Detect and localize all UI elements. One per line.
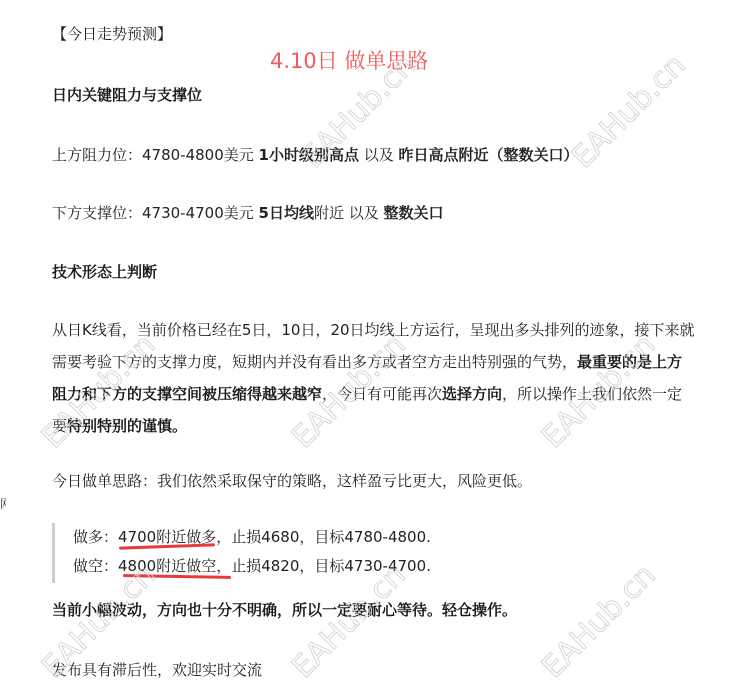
technical-bold-2: 选择方向 bbox=[442, 385, 502, 403]
watermark: EAHub.cn bbox=[535, 558, 662, 685]
support-bold-1: 5日均线 bbox=[259, 204, 314, 222]
long-rest: ，止损4680，目标4780-4800. bbox=[216, 528, 431, 546]
technical-paragraph: 从日K线看，当前价格已经在5日，10日，20日均线上方运行，呈现出多头排列的迹象… bbox=[52, 314, 697, 442]
overlay-title: 4.10日 做单思路 bbox=[270, 47, 428, 75]
strategy-note: 当前小幅波动，方向也十分不明确，所以一定要耐心等待。轻仓操作。 bbox=[52, 600, 517, 620]
support-bold-2: 整数关口 bbox=[384, 204, 444, 222]
support-line: 下方支撑位：4730-4700美元 5日均线附近 以及 整数关口 bbox=[52, 203, 444, 223]
section-label: 【今日走势预测】 bbox=[52, 24, 172, 44]
support-prefix: 下方支撑位：4730-4700美元 bbox=[52, 204, 259, 222]
short-rest: ，止损4820，目标4730-4700. bbox=[216, 557, 431, 575]
article: 【今日走势预测】 4.10日 做单思路 日内关键阻力与支撑位 上方阻力位：478… bbox=[0, 0, 742, 685]
resistance-bold-1: 1小时级别高点 bbox=[259, 146, 359, 164]
technical-heading: 技术形态上判断 bbox=[52, 262, 157, 282]
strategy-intro: 今日做单思路：我们依然采取保守的策略，这样盈亏比更大，风险更低。 bbox=[52, 471, 532, 491]
footer-note: 发布具有滞后性，欢迎实时交流 bbox=[52, 660, 262, 680]
resistance-prefix: 上方阻力位：4780-4800美元 bbox=[52, 146, 259, 164]
strategy-quote: 做多：4700附近做多，止损4680，目标4780-4800. 做空：4800附… bbox=[52, 523, 472, 583]
resistance-bold-2: 昨日高点附近（整数关口） bbox=[399, 146, 579, 164]
long-label: 做多： bbox=[73, 528, 118, 546]
short-highlight: 4800附近做空 bbox=[118, 557, 216, 575]
short-label: 做空： bbox=[73, 557, 118, 575]
short-trade-line: 做空：4800附近做空，止损4820，目标4730-4700. bbox=[73, 552, 472, 581]
technical-bold-3: 特别特别的谨慎。 bbox=[67, 417, 187, 435]
long-trade-line: 做多：4700附近做多，止损4680，目标4780-4800. bbox=[73, 523, 472, 552]
edge-glyph: 网 bbox=[0, 495, 6, 512]
support-middle: 附近 以及 bbox=[314, 204, 384, 222]
resistance-middle: 以及 bbox=[359, 146, 399, 164]
resistance-line: 上方阻力位：4780-4800美元 1小时级别高点 以及 昨日高点附近（整数关口… bbox=[52, 145, 579, 165]
levels-heading: 日内关键阻力与支撑位 bbox=[52, 85, 202, 105]
short-red-underline bbox=[123, 574, 231, 579]
technical-text-2: ，今日有可能再次 bbox=[322, 385, 442, 403]
watermark: EAHub.cn bbox=[565, 48, 692, 175]
